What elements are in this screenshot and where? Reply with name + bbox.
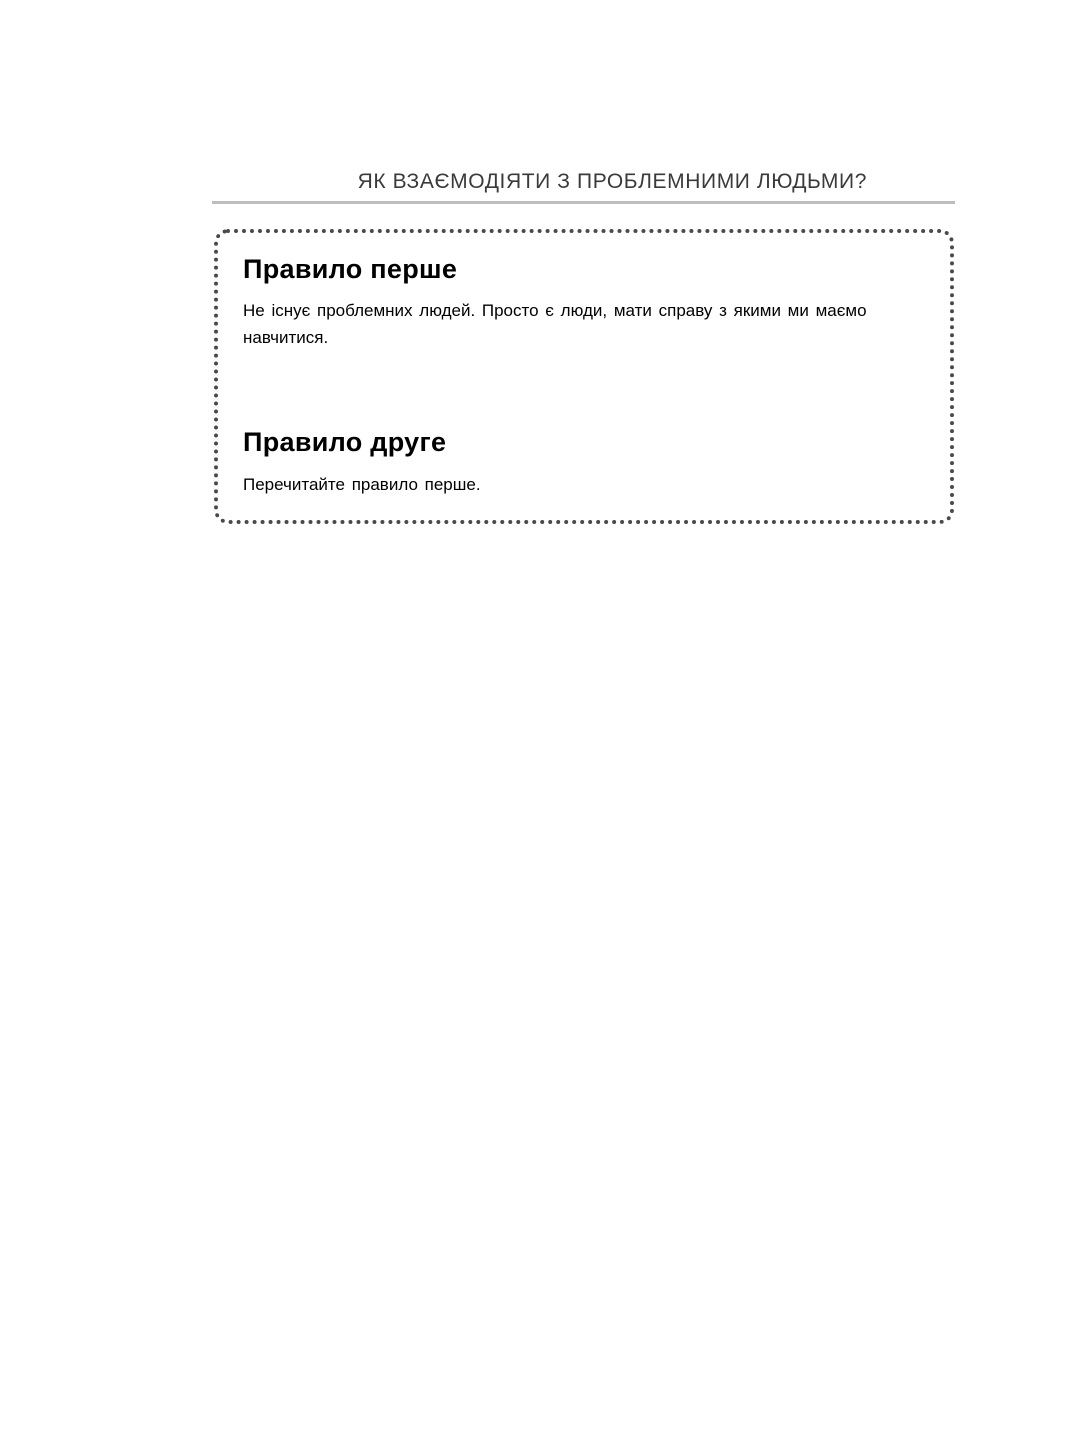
rule-two-text: Перечитайте правило перше. xyxy=(243,471,923,498)
rule-two-title: Правило друге xyxy=(243,426,446,458)
rule-one-title: Правило перше xyxy=(243,253,457,285)
header-divider xyxy=(212,201,955,204)
running-header: ЯК ВЗАЄМОДІЯТИ З ПРОБЛЕМНИМИ ЛЮДЬМИ? xyxy=(212,168,955,196)
rule-one-text: Не існує проблемних людей. Просто є люди… xyxy=(243,297,923,351)
